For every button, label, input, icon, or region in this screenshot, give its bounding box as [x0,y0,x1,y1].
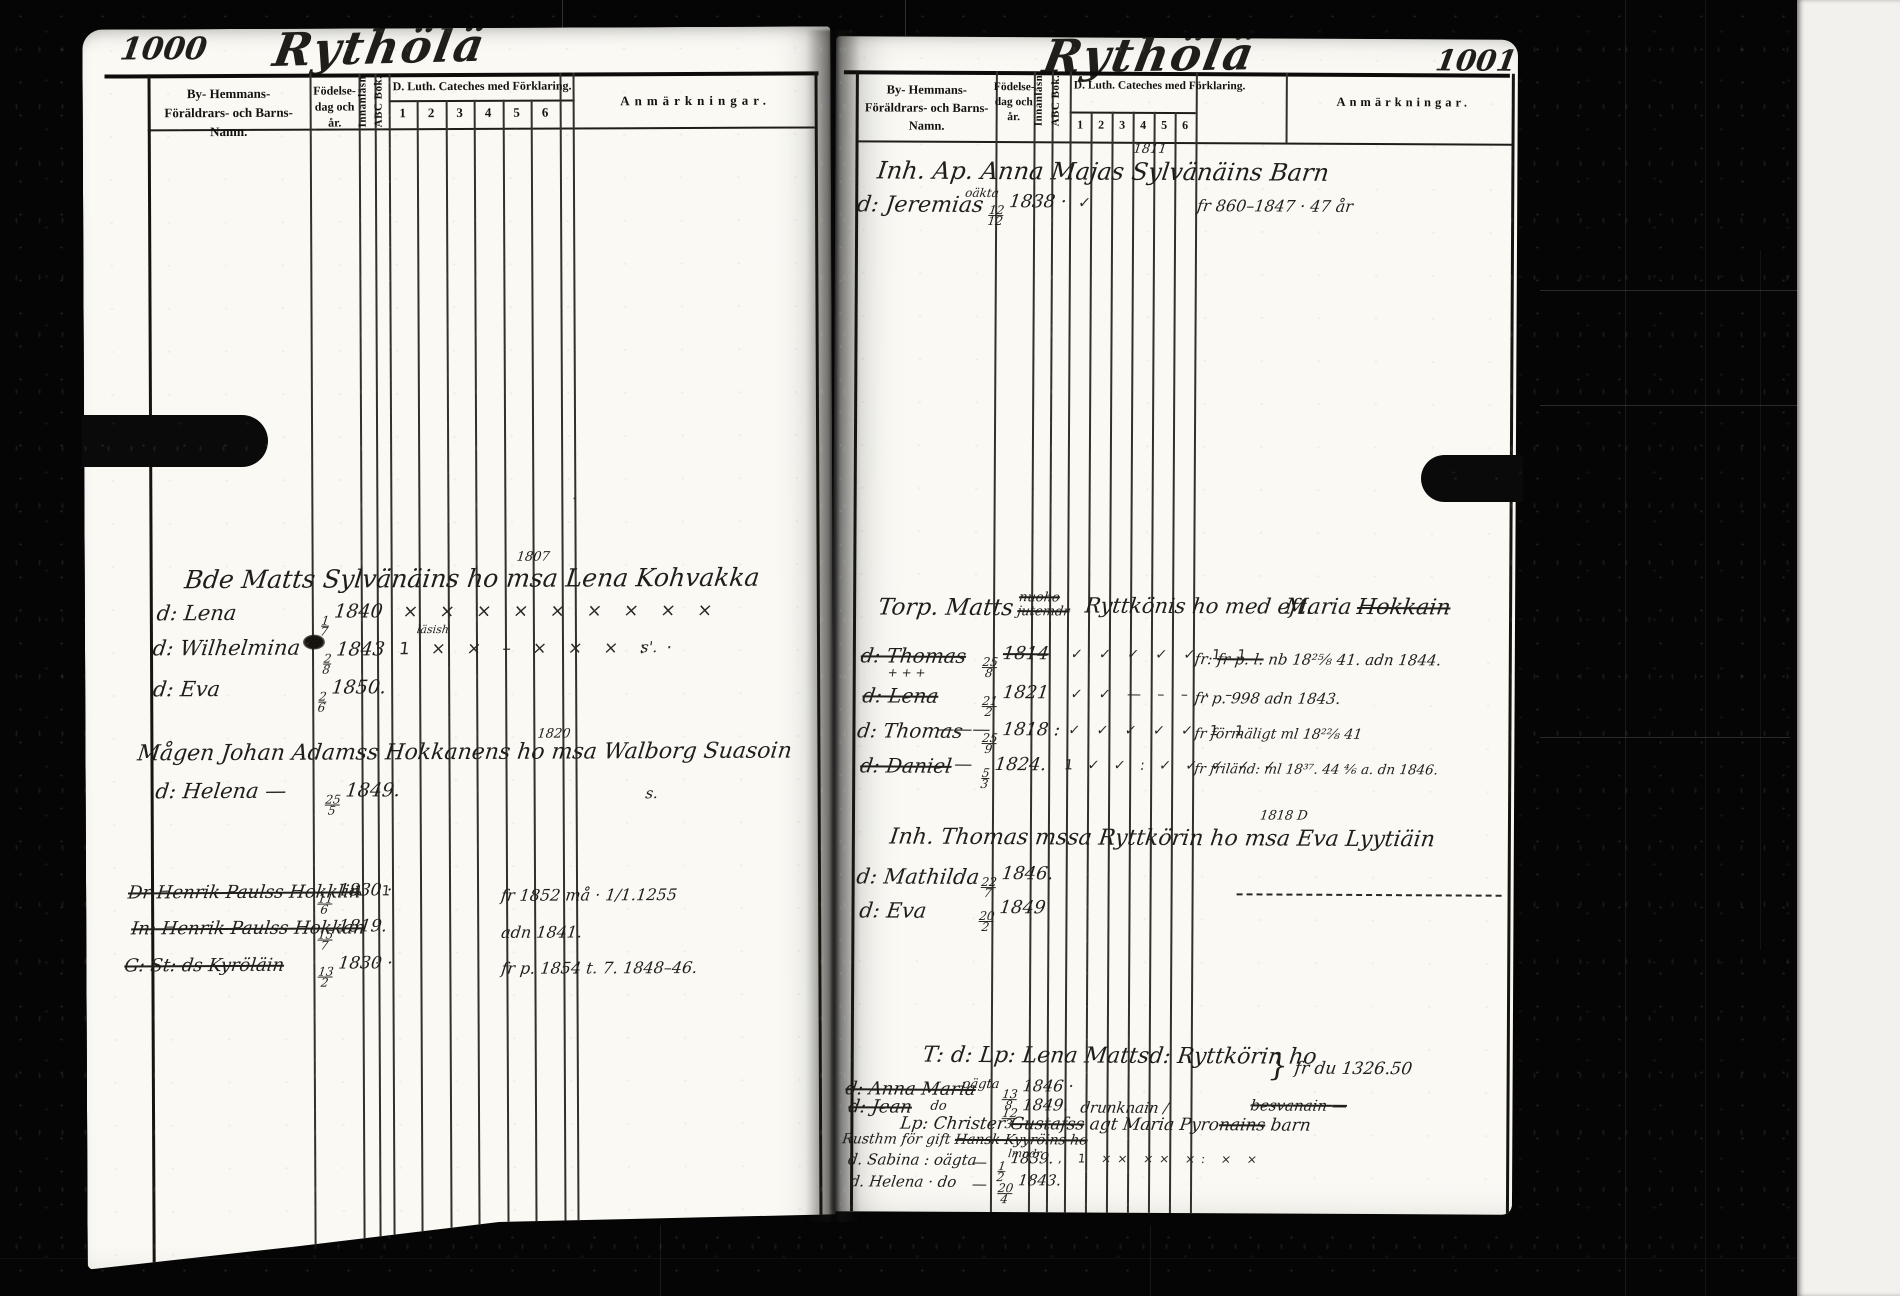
column-rule [1046,71,1053,1212]
catechism-col-6: 6 [531,105,560,121]
entry-note: läsish [416,623,450,636]
scanned-book-spread: 1000 Rythölä By- Hemmans- Föräldrars- oc… [0,0,1900,1296]
scan-artifact-line [1705,0,1706,1296]
column-rule [1028,71,1035,1212]
birth-date: 12121838 · [987,191,1068,226]
birth-date: 171840 [320,600,384,636]
birth-date: 281843 [322,638,386,674]
entry-name: d: Lena [155,601,237,625]
entry-remark: fr 860–1847 · 47 år [1196,196,1354,216]
column-rule [1190,72,1197,1213]
column-rule [309,74,316,1264]
title-rule [104,71,818,78]
family-header-struck: Hokkain [1355,595,1452,620]
entry-remark: fr 1852 må · 1/1.1255 [500,885,678,905]
table-border-right [1506,74,1514,1215]
scan-artifact-line [905,0,906,36]
entry-remark: fr p. 998 adn 1843. [1193,689,1341,708]
family-header: T: d: Lp: Lena Mattsd: Ryttkörin ho [921,1043,1318,1070]
catechism-marks: ✓ [1077,193,1092,211]
entry-note: oägta [962,1077,1001,1092]
column-rule [474,100,481,1263]
family-header: Ryttkönis ho med eft. [1084,594,1315,619]
column-header-birth: Födelse- dag och år. [312,82,358,130]
birth-date: 2021849 [977,897,1047,932]
birth-date: 2591818 : [980,719,1061,754]
family-header: Inh. Ap. Anna Majas Sylvänäins Barn [876,156,1331,186]
column-header-names: By- Hemmans- Föräldrars- och Barns-Namn. [155,84,303,142]
catechism-marks: × × × × × × × × × [402,600,722,622]
birth-date: 2041843. [996,1171,1062,1204]
entry-note: do [930,1099,948,1114]
entry-name: d: Helena — [154,779,288,804]
entry-remark: fr p. 1854 t. 7. 1848–46. [500,958,698,978]
scanner-edge-strip [1797,0,1900,1296]
entry-name: d: Eva [858,898,928,922]
catechism-col-6: 6 [1175,118,1196,133]
catechism-marks: , 1 ×× ×× ×: × × [1057,1151,1264,1166]
family-header: Inh. Thomas mssa Ryttkörin ho msa Eva Ly… [888,825,1436,853]
column-header-reading: Innanläsn. [1033,74,1045,126]
entry-name: d. Helena · do [849,1172,958,1191]
table-border-right [814,71,822,1261]
entry-dash: — [953,754,974,775]
birth-date: 2271846. [979,863,1054,898]
binder-clip-left [82,415,268,467]
family-remark: fr du 1326.50 [1293,1059,1413,1080]
entry-line: Rusthm för gift Hansk Kyyröins ho [841,1131,1088,1148]
family-header: Bde Matts Sylvänäins ho msa Lena Kohvakk… [183,563,761,595]
family-header-note: 1811 [1133,142,1168,157]
entry-name-struck: G: St: ds Kyröläin [123,955,285,977]
family-header-note: 1820 [536,727,571,742]
family-header: Mågen Johan Adamss Hokkanens ho msa Walb… [136,739,793,767]
binder-clip-right [1421,455,1523,502]
remark-dashed-line [1237,893,1502,896]
scan-artifact-line [660,1225,661,1296]
stray-mark: · [572,491,577,505]
birth-date: 1571819. [316,916,388,950]
column-rule [1064,71,1071,1212]
birth-date: 2581814 [981,643,1051,678]
column-header-names: By- Hemmans- Föräldrars- och Barns-Namn. [864,80,990,135]
column-rule [559,73,566,1263]
birth-date: 531824. [980,754,1048,789]
table-border-left [147,74,155,1264]
family-header-note: 1818 D [1259,808,1309,823]
catechism-col-1: 1 [389,105,417,121]
table-border-left [850,70,858,1211]
catechism-col-4: 4 [1133,118,1154,133]
entry-name: d. Sabina : oägta [847,1150,978,1169]
entry-remark: s. [645,784,660,802]
family-header: Torp. Matts [876,594,1015,621]
family-header-struck-note: nuoho jutemdr [1016,591,1082,619]
family-header: Maria [1283,595,1353,620]
catechism-marks: : · [353,956,385,971]
entry-name-struck: d: Daniel [859,753,953,777]
column-rule [388,73,395,1263]
catechism-marks: 1 1 [353,883,398,899]
entry-remark: adn 1841. [500,922,583,941]
scan-artifact-line [1540,405,1797,406]
entry-dash: — [971,1175,988,1193]
column-rule [531,100,538,1263]
brace: } [1266,1049,1290,1084]
entry-remark: s'. [640,638,659,656]
column-rule [572,72,579,1262]
ink-blot [303,635,325,650]
page-title: Rythölä [1039,36,1260,83]
birth-date: 2121821 [980,682,1050,717]
column-rule [503,100,510,1263]
catechism-col-2: 2 [1091,118,1112,133]
catechism-marks: 1 × × – × × × : · [398,638,681,659]
column-rule [417,100,424,1263]
column-header-abc: ABC Bok. [373,75,385,127]
entry-remark: fr förmäligt ml 18²²⁄₈ 41 [1193,726,1363,743]
catechism-col-3: 3 [446,105,474,121]
scan-artifact-line [1540,290,1797,291]
header-rule [856,140,1512,145]
entry-name: d: Wilhelmina [152,636,302,661]
column-rule [1286,73,1288,143]
column-header-catechism: D. Luth. Cateches med Förklaring. [393,79,572,95]
birth-date: 2551849. [324,779,402,815]
entry-remark: fr: fr p. l. nb 18²⁵⁄₈ 41. adn 1844. [1194,650,1443,669]
column-rule [446,100,453,1263]
catechism-col-2: 2 [417,105,446,121]
entry-name: d: Mathilda [855,864,981,889]
catechism-col-5: 5 [503,105,531,121]
scan-artifact-line [1760,250,1761,950]
catechism-col-3: 3 [1112,118,1133,133]
scan-artifact-line [562,0,563,30]
entry-submarks: + + + [887,666,927,680]
catechism-col-5: 5 [1154,118,1175,133]
column-header-remarks: Anmärkningar. [581,92,811,109]
column-rule [990,71,997,1212]
right-page: 1001 Rythölä By- Hemmans- Föräldrars- oc… [830,36,1518,1215]
column-header-abc: ABC Bok. [1050,74,1062,126]
birth-date: 261850. [317,676,387,712]
left-page: 1000 Rythölä By- Hemmans- Föräldrars- oc… [82,26,835,1269]
scan-artifact-line [1625,0,1626,1296]
scan-artifact-line [1150,1225,1151,1296]
column-header-reading: Innanläsn. [357,75,369,127]
column-header-birth: Födelse- dag och år. [994,80,1034,125]
entry-remark: fr friländ: ml 18³⁷. 44 ⁴⁄₆ a. dn 1846. [1193,761,1439,778]
family-header-note: 1807 [516,550,551,565]
scan-artifact-line [0,1258,1900,1259]
catechism-col-1: 1 [1070,117,1091,132]
scan-artifact-line [1540,737,1790,738]
entry-name-struck: d: Thomas [859,643,967,668]
column-header-catechism: D. Luth. Cateches med Förklaring. [1074,79,1246,92]
column-header-remarks: Anmärkningar. [1304,95,1504,111]
catechism-col-4: 4 [474,105,503,121]
page-number: 1000 [118,31,210,67]
entry-name-struck: d: Lena [861,683,940,707]
entry-tail-struck: besvanain — [1249,1096,1348,1114]
entry-dash: — [971,1153,988,1171]
page-title: Rythölä [269,26,490,77]
entry-name: d: Eva [152,677,222,701]
